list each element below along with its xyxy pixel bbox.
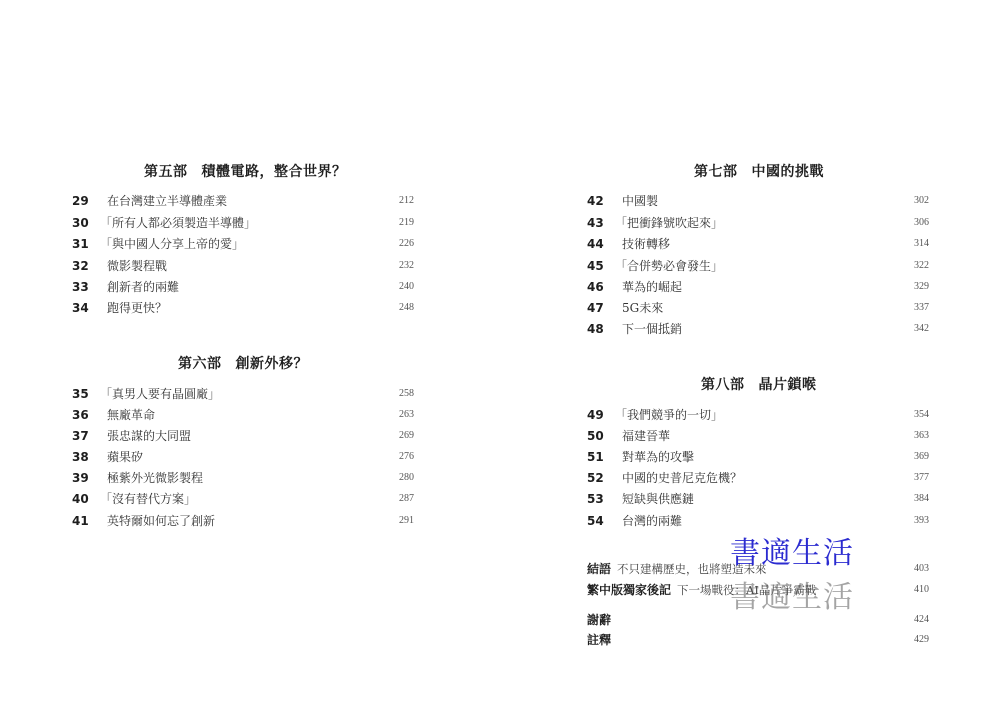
back-matter-subtitle: 下一場戰役：AI晶片爭霸戰 <box>677 583 816 597</box>
part-label: 第五部 <box>144 164 188 180</box>
toc-entry[interactable]: 29 在台灣建立半導體產業 212 <box>72 191 414 211</box>
page-number: 248 <box>399 298 414 318</box>
toc-entry[interactable]: 47 5G未來 337 <box>587 298 929 318</box>
chapter-title: 在台灣建立半導體產業 <box>107 191 227 211</box>
toc-entry[interactable]: 30 「所有人都必須製造半導體」 219 <box>72 213 414 233</box>
page-number: 287 <box>399 489 414 509</box>
chapter-number: 42 <box>587 191 604 211</box>
chapter-title: 「我們競爭的一切」 <box>615 405 723 425</box>
part-label: 第六部 <box>178 356 222 372</box>
part-title: 創新外移？ <box>236 356 309 372</box>
chapter-title: 技術轉移 <box>622 234 670 254</box>
chapter-number: 48 <box>587 319 604 339</box>
page-number: 377 <box>914 468 929 488</box>
page-number: 240 <box>399 277 414 297</box>
back-matter-title: 謝辭 <box>587 613 611 627</box>
chapter-title: 「與中國人分享上帝的愛」 <box>100 234 244 254</box>
toc-entry[interactable]: 52 中國的史普尼克危機？ 377 <box>587 468 929 488</box>
chapter-number: 49 <box>587 405 604 425</box>
toc-entry[interactable]: 34 跑得更快？ 248 <box>72 298 414 318</box>
toc-right-column: 第七部中國的挑戰 42 中國製 302 43 「把衝鋒號吹起來」 306 44 … <box>587 0 929 710</box>
chapter-title: 下一個抵銷 <box>622 319 682 339</box>
chapter-number: 31 <box>72 234 89 254</box>
toc-entry[interactable]: 39 極紫外光微影製程 280 <box>72 468 414 488</box>
page-number: 212 <box>399 191 414 211</box>
part-label: 第八部 <box>701 377 745 393</box>
toc-entry[interactable]: 49 「我們競爭的一切」 354 <box>587 405 929 425</box>
toc-entry-acknowledgements[interactable]: 謝辭 424 <box>587 610 929 630</box>
toc-entry[interactable]: 43 「把衝鋒號吹起來」 306 <box>587 213 929 233</box>
part-title: 中國的挑戰 <box>752 164 825 180</box>
toc-entry[interactable]: 48 下一個抵銷 342 <box>587 319 929 339</box>
toc-entry[interactable]: 37 張忠謀的大同盟 269 <box>72 426 414 446</box>
toc-entry[interactable]: 33 創新者的兩難 240 <box>72 277 414 297</box>
toc-entry-postscript[interactable]: 繁中版獨家後記下一場戰役：AI晶片爭霸戰 410 <box>587 580 929 600</box>
part-heading: 第七部中國的挑戰 <box>694 161 824 181</box>
part-label: 第七部 <box>694 164 738 180</box>
chapter-number: 43 <box>587 213 604 233</box>
chapter-number: 53 <box>587 489 604 509</box>
page-number: 329 <box>914 277 929 297</box>
page-number: 384 <box>914 489 929 509</box>
toc-entry[interactable]: 54 台灣的兩難 393 <box>587 511 929 531</box>
chapter-title: 蘋果矽 <box>107 447 143 467</box>
page-number: 337 <box>914 298 929 318</box>
page-number: 342 <box>914 319 929 339</box>
back-matter-label: 結語不只建構歷史，也將塑造未來 <box>587 559 767 579</box>
page-number: 354 <box>914 405 929 425</box>
toc-entry[interactable]: 44 技術轉移 314 <box>587 234 929 254</box>
page-number: 393 <box>914 511 929 531</box>
chapter-number: 35 <box>72 384 89 404</box>
toc-entry[interactable]: 35 「真男人要有晶圓廠」 258 <box>72 384 414 404</box>
chapter-number: 51 <box>587 447 604 467</box>
chapter-title: 「把衝鋒號吹起來」 <box>615 213 723 233</box>
chapter-number: 29 <box>72 191 89 211</box>
back-matter-label: 謝辭 <box>587 610 611 630</box>
part-title: 積體電路，整合世界？ <box>202 164 347 180</box>
page-number: 424 <box>914 610 929 630</box>
chapter-title: 張忠謀的大同盟 <box>107 426 191 446</box>
chapter-number: 44 <box>587 234 604 254</box>
toc-entry[interactable]: 32 微影製程戰 232 <box>72 256 414 276</box>
chapter-number: 30 <box>72 213 89 233</box>
back-matter-title: 繁中版獨家後記 <box>587 583 671 597</box>
chapter-number: 46 <box>587 277 604 297</box>
chapter-number: 36 <box>72 405 89 425</box>
page-number: 302 <box>914 191 929 211</box>
part-title: 晶片鎖喉 <box>759 377 817 393</box>
chapter-title: 短缺與供應鏈 <box>622 489 694 509</box>
chapter-number: 33 <box>72 277 89 297</box>
back-matter-label: 註釋 <box>587 630 611 650</box>
page-number: 276 <box>399 447 414 467</box>
back-matter-label: 繁中版獨家後記下一場戰役：AI晶片爭霸戰 <box>587 580 816 600</box>
chapter-title: 「沒有替代方案」 <box>100 489 196 509</box>
toc-entry[interactable]: 50 福建晉華 363 <box>587 426 929 446</box>
chapter-number: 34 <box>72 298 89 318</box>
toc-entry[interactable]: 42 中國製 302 <box>587 191 929 211</box>
chapter-title: 「所有人都必須製造半導體」 <box>100 213 256 233</box>
chapter-number: 40 <box>72 489 89 509</box>
page-number: 263 <box>399 405 414 425</box>
toc-entry[interactable]: 31 「與中國人分享上帝的愛」 226 <box>72 234 414 254</box>
toc-entry[interactable]: 53 短缺與供應鏈 384 <box>587 489 929 509</box>
part-heading: 第八部晶片鎖喉 <box>701 374 817 394</box>
page-number: 369 <box>914 447 929 467</box>
chapter-title: 台灣的兩難 <box>622 511 682 531</box>
back-matter-title: 註釋 <box>587 633 611 647</box>
page-number: 280 <box>399 468 414 488</box>
back-matter-subtitle: 不只建構歷史，也將塑造未來 <box>617 562 767 576</box>
toc-entry[interactable]: 41 英特爾如何忘了創新 291 <box>72 511 414 531</box>
page-number: 410 <box>914 580 929 600</box>
toc-entry[interactable]: 36 無廠革命 263 <box>72 405 414 425</box>
chapter-number: 41 <box>72 511 89 531</box>
toc-entry-conclusion[interactable]: 結語不只建構歷史，也將塑造未來 403 <box>587 559 929 579</box>
page-number: 219 <box>399 213 414 233</box>
chapter-title: 5G未來 <box>622 298 663 318</box>
chapter-number: 39 <box>72 468 89 488</box>
page-number: 269 <box>399 426 414 446</box>
page-number: 232 <box>399 256 414 276</box>
chapter-number: 32 <box>72 256 89 276</box>
part-heading: 第六部創新外移？ <box>178 353 308 373</box>
toc-entry[interactable]: 45 「合併勢必會發生」 322 <box>587 256 929 276</box>
chapter-title: 創新者的兩難 <box>107 277 179 297</box>
chapter-number: 38 <box>72 447 89 467</box>
chapter-title: 中國的史普尼克危機？ <box>622 468 742 488</box>
chapter-title: 中國製 <box>622 191 658 211</box>
chapter-title: 「合併勢必會發生」 <box>615 256 723 276</box>
chapter-title: 跑得更快？ <box>107 298 167 318</box>
back-matter-title: 結語 <box>587 562 611 576</box>
page-number: 363 <box>914 426 929 446</box>
chapter-title: 微影製程戰 <box>107 256 167 276</box>
toc-entry[interactable]: 40 「沒有替代方案」 287 <box>72 489 414 509</box>
page-number: 429 <box>914 630 929 650</box>
chapter-title: 福建晉華 <box>622 426 670 446</box>
toc-entry-notes[interactable]: 註釋 429 <box>587 630 929 650</box>
page-number: 226 <box>399 234 414 254</box>
chapter-title: 華為的崛起 <box>622 277 682 297</box>
page-number: 403 <box>914 559 929 579</box>
toc-entry[interactable]: 51 對華為的攻擊 369 <box>587 447 929 467</box>
chapter-number: 45 <box>587 256 604 276</box>
chapter-number: 47 <box>587 298 604 318</box>
page-number: 314 <box>914 234 929 254</box>
chapter-title: 對華為的攻擊 <box>622 447 694 467</box>
chapter-title: 英特爾如何忘了創新 <box>107 511 215 531</box>
toc-entry[interactable]: 38 蘋果矽 276 <box>72 447 414 467</box>
page-number: 322 <box>914 256 929 276</box>
part-heading: 第五部積體電路，整合世界？ <box>144 161 347 181</box>
toc-left-column: 第五部積體電路，整合世界？ 29 在台灣建立半導體產業 212 30 「所有人都… <box>72 0 414 710</box>
chapter-title: 「真男人要有晶圓廠」 <box>100 384 220 404</box>
chapter-title: 無廠革命 <box>107 405 155 425</box>
chapter-title: 極紫外光微影製程 <box>107 468 203 488</box>
page-number: 258 <box>399 384 414 404</box>
chapter-number: 37 <box>72 426 89 446</box>
chapter-number: 50 <box>587 426 604 446</box>
page-number: 291 <box>399 511 414 531</box>
chapter-number: 54 <box>587 511 604 531</box>
chapter-number: 52 <box>587 468 604 488</box>
toc-entry[interactable]: 46 華為的崛起 329 <box>587 277 929 297</box>
page-number: 306 <box>914 213 929 233</box>
